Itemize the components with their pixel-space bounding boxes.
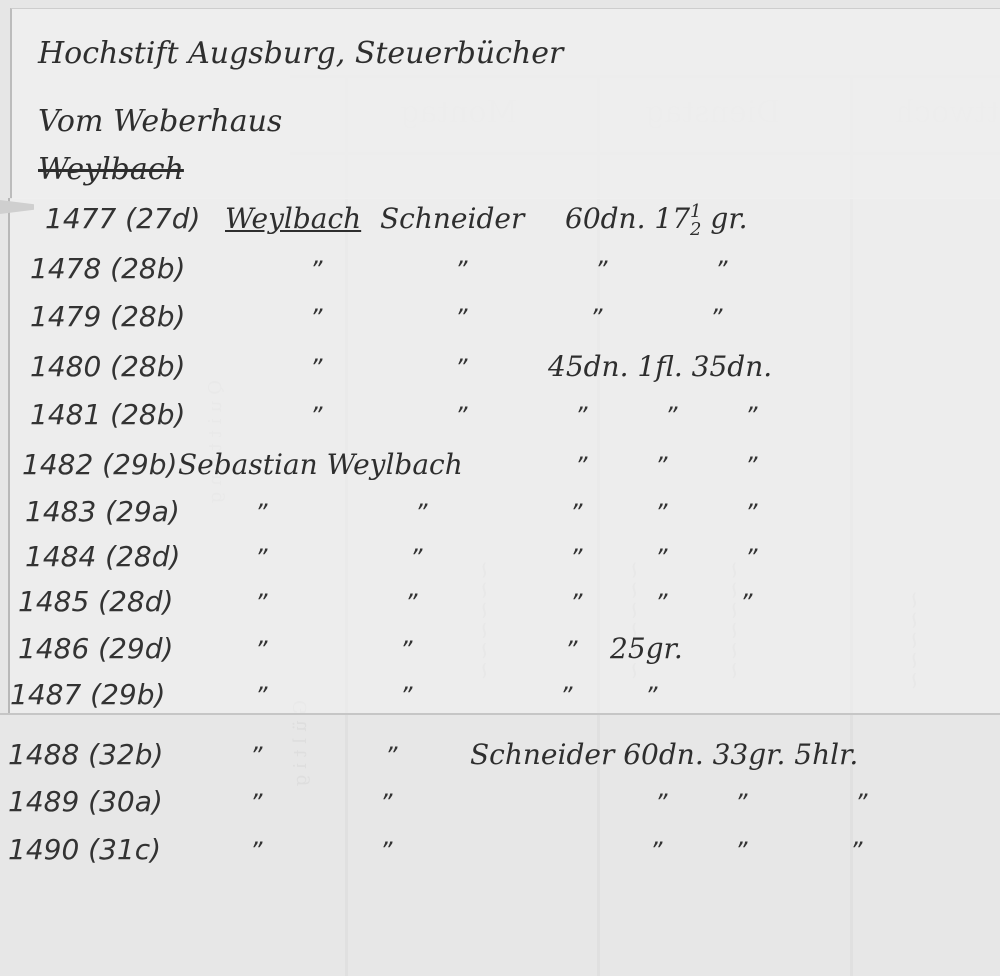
ditto-mark: ” xyxy=(595,256,607,284)
ditto-mark: ” xyxy=(745,544,757,572)
ditto-mark: ” xyxy=(565,636,577,664)
ditto-mark: ” xyxy=(575,402,587,430)
ditto-mark: ” xyxy=(745,499,757,527)
ditto-mark: ” xyxy=(380,789,392,817)
entry-amount: Schneider 60dn. 33gr. 5hlr. xyxy=(470,738,858,771)
entry-number: 1489 (30a) xyxy=(8,785,163,818)
ditto-mark: ” xyxy=(715,256,727,284)
entry-number: 1488 (32b) xyxy=(8,738,163,771)
ditto-mark: ” xyxy=(385,742,397,770)
ditto-mark: ” xyxy=(745,402,757,430)
ditto-mark: ” xyxy=(735,789,747,817)
entry-number: 1479 (28b) xyxy=(30,300,185,333)
ditto-mark: ” xyxy=(400,682,412,710)
ditto-mark: ” xyxy=(455,304,467,332)
ditto-mark: ” xyxy=(250,789,262,817)
entry-number: 1487 (29b) xyxy=(10,678,165,711)
ditto-mark: ” xyxy=(655,789,667,817)
entry-number: 1482 (29b) xyxy=(22,448,177,481)
header-line-1: Hochstift Augsburg, Steuerbücher xyxy=(38,36,563,71)
ditto-mark: ” xyxy=(255,682,267,710)
entry-number: 1480 (28b) xyxy=(30,350,185,383)
entry-number: 1484 (28d) xyxy=(25,540,180,573)
ditto-mark: ” xyxy=(710,304,722,332)
entry-number: 1490 (31c) xyxy=(8,833,161,866)
ditto-mark: ” xyxy=(250,742,262,770)
ditto-mark: ” xyxy=(655,544,667,572)
ditto-mark: ” xyxy=(310,402,322,430)
ditto-mark: ” xyxy=(650,837,662,865)
entry-amount: 25gr. xyxy=(610,632,683,665)
ditto-mark: ” xyxy=(255,499,267,527)
ditto-mark: ” xyxy=(405,589,417,617)
ditto-mark: ” xyxy=(380,837,392,865)
entry-name: Sebastian Weylbach xyxy=(178,448,463,481)
ditto-mark: ” xyxy=(455,256,467,284)
ditto-mark: ” xyxy=(745,452,757,480)
ditto-mark: ” xyxy=(735,837,747,865)
ditto-mark: ” xyxy=(310,304,322,332)
ditto-mark: ” xyxy=(850,837,862,865)
ditto-mark: ” xyxy=(255,589,267,617)
ditto-mark: ” xyxy=(455,354,467,382)
ditto-mark: ” xyxy=(250,837,262,865)
ditto-mark: ” xyxy=(455,402,467,430)
header-line-2: Vom Weberhaus xyxy=(38,104,282,139)
header-line-3-struck: Weylbach xyxy=(38,152,184,187)
ditto-mark: ” xyxy=(575,452,587,480)
entry-number: 1483 (29a) xyxy=(25,495,180,528)
ditto-mark: ” xyxy=(570,499,582,527)
entry-amount: 45dn. 1fl. 35dn. xyxy=(548,350,772,383)
ditto-mark: ” xyxy=(590,304,602,332)
ditto-mark: ” xyxy=(415,499,427,527)
ditto-mark: ” xyxy=(655,452,667,480)
entry-number: 1485 (28d) xyxy=(18,585,173,618)
entry-amount: 60dn. 1712 gr. xyxy=(565,202,748,239)
ditto-mark: ” xyxy=(410,544,422,572)
ditto-mark: ” xyxy=(310,354,322,382)
ditto-mark: ” xyxy=(570,544,582,572)
entry-occupation: Schneider xyxy=(380,202,524,235)
ditto-mark: ” xyxy=(310,256,322,284)
ditto-mark: ” xyxy=(560,682,572,710)
entry-number: 1478 (28b) xyxy=(30,252,185,285)
entry-number: 1477 (27d) xyxy=(45,202,200,235)
entry-number: 1481 (28b) xyxy=(30,398,185,431)
entry-place: Weylbach xyxy=(225,202,361,235)
entry-number: 1486 (29d) xyxy=(18,632,173,665)
ditto-mark: ” xyxy=(855,789,867,817)
ditto-mark: ” xyxy=(655,499,667,527)
ditto-mark: ” xyxy=(655,589,667,617)
ditto-mark: ” xyxy=(645,682,657,710)
ditto-mark: ” xyxy=(570,589,582,617)
ditto-mark: ” xyxy=(255,636,267,664)
ditto-mark: ” xyxy=(400,636,412,664)
ditto-mark: ” xyxy=(665,402,677,430)
ditto-mark: ” xyxy=(740,589,752,617)
ditto-mark: ” xyxy=(255,544,267,572)
